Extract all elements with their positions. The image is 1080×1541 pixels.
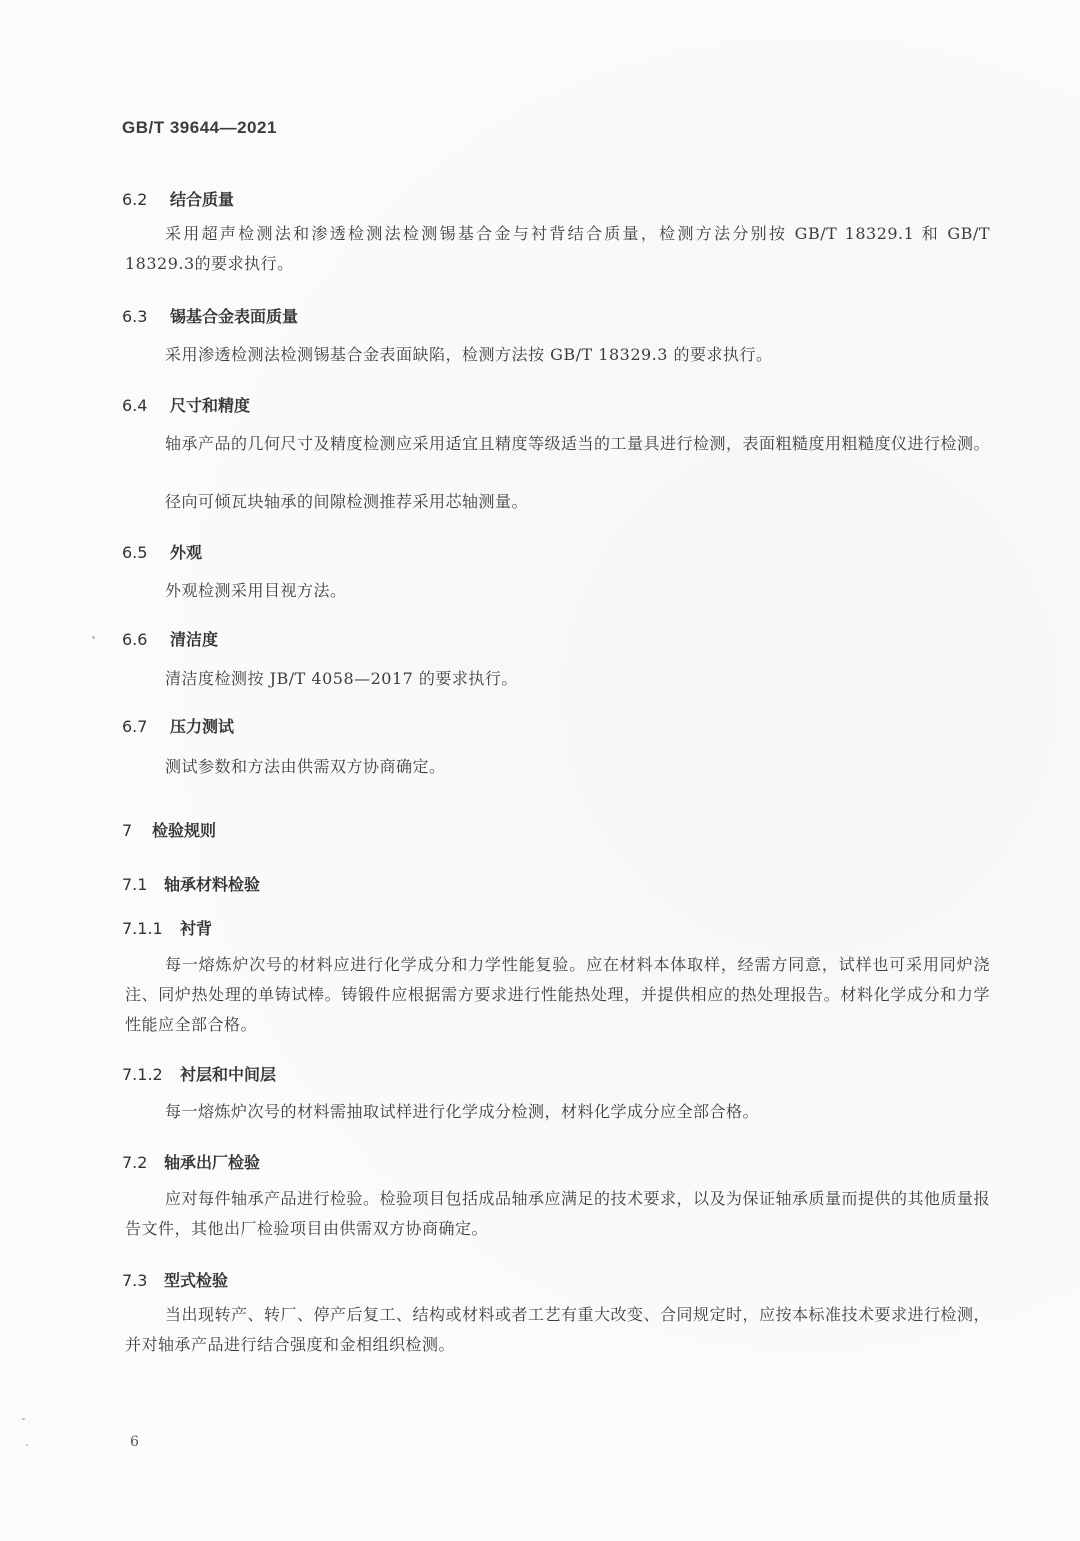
section-heading-7-3: 7.3型式检验 [122, 1268, 228, 1291]
section-title: 衬背 [180, 919, 212, 938]
page-number: 6 [130, 1434, 139, 1450]
section-heading-7-2: 7.2轴承出厂检验 [122, 1150, 260, 1173]
section-number: 7.1.2 [122, 1065, 180, 1084]
scan-speck [92, 636, 95, 639]
section-number: 7.3 [122, 1271, 164, 1290]
section-number: 7 [122, 821, 152, 840]
section-title: 压力测试 [170, 717, 234, 736]
section-heading-6-4: 6.4尺寸和精度 [122, 393, 250, 416]
section-title: 锡基合金表面质量 [170, 307, 298, 326]
section-paragraph: 外观检测采用目视方法。 [125, 576, 990, 606]
section-number: 6.4 [122, 396, 170, 415]
section-paragraph: 径向可倾瓦块轴承的间隙检测推荐采用芯轴测量。 [125, 487, 990, 517]
section-title: 衬层和中间层 [180, 1065, 276, 1084]
section-heading-6-5: 6.5外观 [122, 540, 202, 563]
section-number: 6.3 [122, 307, 170, 326]
section-heading-6-2: 6.2结合质量 [122, 187, 234, 210]
section-heading-7-1-1: 7.1.1衬背 [122, 916, 212, 939]
section-paragraph: 清洁度检测按 JB/T 4058—2017 的要求执行。 [125, 664, 990, 694]
section-title: 清洁度 [170, 630, 218, 649]
section-number: 6.6 [122, 630, 170, 649]
section-paragraph: 每一熔炼炉次号的材料需抽取试样进行化学成分检测，材料化学成分应全部合格。 [125, 1097, 990, 1127]
section-paragraph: 当出现转产、转厂、停产后复工、结构或材料或者工艺有重大改变、合同规定时，应按本标… [125, 1300, 990, 1360]
section-title: 型式检验 [164, 1271, 228, 1290]
section-title: 轴承材料检验 [164, 875, 260, 894]
section-paragraph: 轴承产品的几何尺寸及精度检测应采用适宜且精度等级适当的工量具进行检测，表面粗糙度… [125, 429, 990, 459]
section-paragraph: 采用渗透检测法检测锡基合金表面缺陷，检测方法按 GB/T 18329.3 的要求… [125, 340, 990, 370]
section-number: 6.2 [122, 190, 170, 209]
section-title: 检验规则 [152, 821, 216, 840]
section-heading-7: 7检验规则 [122, 818, 216, 841]
section-heading-6-6: 6.6清洁度 [122, 627, 218, 650]
section-heading-7-1-2: 7.1.2衬层和中间层 [122, 1062, 276, 1085]
scan-speck [26, 1444, 28, 1446]
section-heading-6-3: 6.3锡基合金表面质量 [122, 304, 298, 327]
document-page: GB/T 39644—2021 6.2结合质量 采用超声检测法和渗透检测法检测锡… [0, 0, 1080, 1541]
section-number: 7.2 [122, 1153, 164, 1172]
standard-code: GB/T 39644—2021 [122, 118, 277, 138]
section-heading-7-1: 7.1轴承材料检验 [122, 872, 260, 895]
scan-speck [22, 1418, 25, 1420]
section-title: 尺寸和精度 [170, 396, 250, 415]
section-title: 外观 [170, 543, 202, 562]
section-title: 结合质量 [170, 190, 234, 209]
section-number: 6.5 [122, 543, 170, 562]
section-paragraph: 应对每件轴承产品进行检验。检验项目包括成品轴承应满足的技术要求，以及为保证轴承质… [125, 1184, 990, 1244]
section-heading-6-7: 6.7压力测试 [122, 714, 234, 737]
section-number: 7.1.1 [122, 919, 180, 938]
section-number: 6.7 [122, 717, 170, 736]
section-title: 轴承出厂检验 [164, 1153, 260, 1172]
section-paragraph: 采用超声检测法和渗透检测法检测锡基合金与衬背结合质量，检测方法分别按 GB/T … [125, 219, 990, 279]
section-paragraph: 测试参数和方法由供需双方协商确定。 [125, 752, 990, 782]
section-number: 7.1 [122, 875, 164, 894]
section-paragraph: 每一熔炼炉次号的材料应进行化学成分和力学性能复验。应在材料本体取样，经需方同意，… [125, 950, 990, 1040]
